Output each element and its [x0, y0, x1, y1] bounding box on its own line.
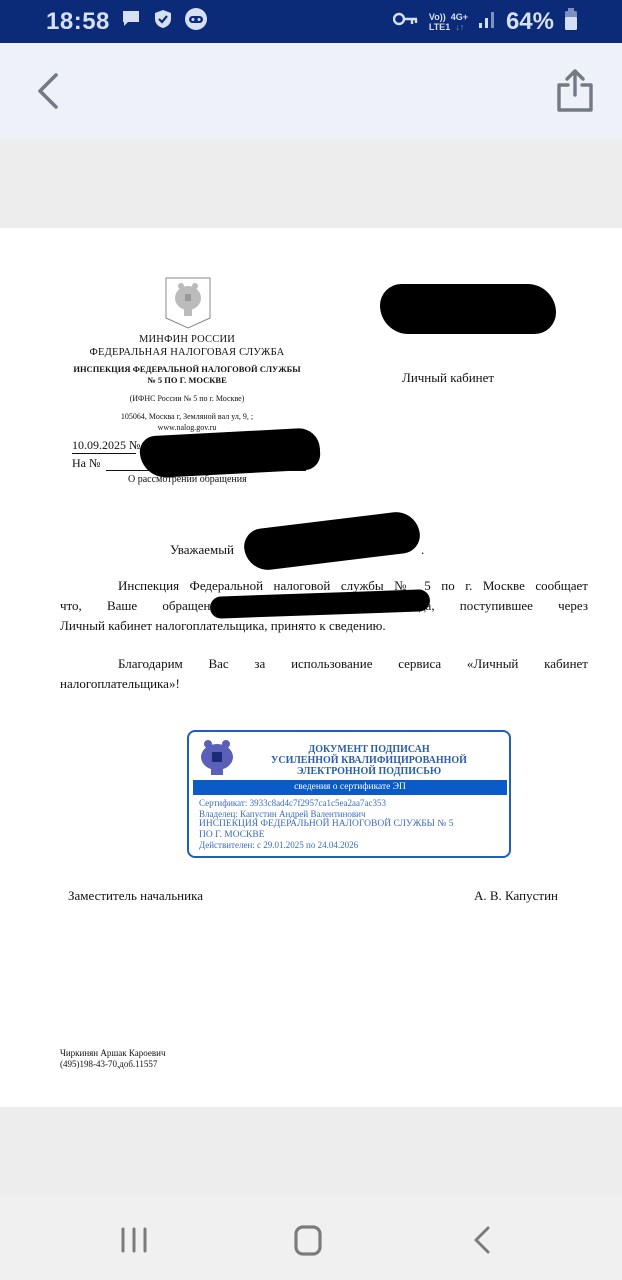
stamp-band: сведения о сертификате ЭП — [193, 780, 507, 795]
back-icon — [462, 1220, 502, 1260]
document-date: 10.09.2025 № — [72, 438, 140, 453]
signal-icon — [478, 10, 496, 33]
viewer-top-margin — [0, 139, 622, 228]
certificate-owner: Владелец: Капустин Андрей Валентинович — [199, 809, 503, 820]
battery-icon — [564, 7, 578, 36]
sender-header: МИНФИН РОССИИ ФЕДЕРАЛЬНАЯ НАЛОГОВАЯ СЛУЖ… — [62, 333, 312, 433]
battery-percent: 64% — [506, 8, 554, 36]
date-underline — [72, 453, 136, 454]
viewer-bottom-margin — [0, 1107, 622, 1196]
certificate-org-line-1: ИНСПЕКЦИЯ ФЕДЕРАЛЬНОЙ НАЛОГОВОЙ СЛУЖБЫ №… — [199, 819, 503, 830]
data-arrows-icon: ↓↑ — [455, 22, 464, 32]
certificate-validity: Действителен: с 29.01.2025 по 24.04.2026 — [199, 840, 503, 851]
paragraph-1-line-3: Личный кабинет налогоплательщика, принят… — [60, 616, 588, 636]
shield-check-icon — [152, 8, 174, 35]
executor-name: Чиркинян Аршак Кароевич — [60, 1048, 166, 1059]
greeting-end: . — [421, 542, 424, 558]
stamp-title-line-2: УСИЛЕННОЙ КВАЛИФИЦИРОВАННОЙ — [237, 755, 501, 766]
chevron-left-icon — [28, 69, 68, 113]
executor-phone: (495)198-43-70,доб.11557 — [60, 1059, 166, 1070]
stamp-emblem-icon — [197, 737, 237, 777]
signatory-name: А. В. Капустин — [474, 888, 558, 904]
vpn-key-icon — [393, 11, 419, 32]
inspection-short-name: (ИФНС России № 5 по г. Москве) — [62, 392, 312, 405]
home-icon — [288, 1220, 328, 1260]
app-bar — [0, 43, 622, 139]
status-time: 18:58 — [46, 8, 110, 36]
executor-info: Чиркинян Аршак Кароевич (495)198-43-70,д… — [60, 1048, 166, 1070]
share-button[interactable] — [550, 67, 600, 115]
document-page: МИНФИН РОССИИ ФЕДЕРАЛЬНАЯ НАЛОГОВАЯ СЛУЖ… — [0, 228, 622, 1107]
status-bar: 18:58 Vo))4G+ LTE1↓↑ 64% — [0, 0, 622, 43]
home-button[interactable] — [288, 1220, 328, 1260]
coat-of-arms-icon — [164, 276, 212, 330]
inspection-line-2: № 5 ПО Г. МОСКВЕ — [62, 375, 312, 386]
paragraph-1-line-2-end: года, поступившее через — [408, 598, 588, 613]
reply-to-label: На № — [72, 456, 100, 471]
certificate-id: Сертификат: 3933c8ad4c7f2957ca1c5ea2aa7a… — [199, 798, 503, 809]
volte-icon: Vo))4G+ LTE1↓↑ — [429, 12, 468, 32]
robot-icon — [184, 7, 208, 36]
lte-label: LTE1 — [429, 22, 450, 32]
volte-label: Vo)) — [429, 12, 446, 22]
back-button[interactable] — [28, 69, 68, 113]
status-left: 18:58 — [46, 7, 208, 36]
paragraph-2-line-1: Благодарим Вас за использование сервиса … — [118, 656, 588, 671]
inspection-line-1: ИНСПЕКЦИЯ ФЕДЕРАЛЬНОЙ НАЛОГОВОЙ СЛУЖБЫ — [62, 364, 312, 375]
address-line: 105064, Москва г, Земляной вал ул, 9, ; — [62, 411, 312, 422]
stamp-title-line-3: ЭЛЕКТРОННОЙ ПОДПИСЬЮ — [237, 766, 501, 777]
service-name: ФЕДЕРАЛЬНАЯ НАЛОГОВАЯ СЛУЖБА — [62, 346, 312, 359]
system-nav-bar — [0, 1196, 622, 1280]
signatory-title: Заместитель начальника — [68, 888, 203, 904]
certificate-details: Сертификат: 3933c8ad4c7f2957ca1c5ea2aa7a… — [199, 798, 503, 851]
stamp-title-line-1: ДОКУМЕНТ ПОДПИСАН — [237, 744, 501, 755]
recents-icon — [114, 1220, 154, 1260]
certificate-org-line-2: ПО Г. МОСКВЕ — [199, 830, 503, 841]
inspection-name: ИНСПЕКЦИЯ ФЕДЕРАЛЬНОЙ НАЛОГОВОЙ СЛУЖБЫ №… — [62, 364, 312, 386]
share-icon — [550, 67, 600, 115]
e-signature-stamp: ДОКУМЕНТ ПОДПИСАН УСИЛЕННОЙ КВАЛИФИЦИРОВ… — [187, 730, 511, 858]
network-type: 4G+ — [451, 12, 468, 22]
greeting: Уважаемый — [170, 542, 234, 558]
recents-button[interactable] — [114, 1220, 154, 1260]
ministry-name: МИНФИН РОССИИ — [62, 333, 312, 346]
paragraph-2-line-2: налогоплательщика»! — [60, 674, 588, 694]
nav-back-button[interactable] — [462, 1220, 502, 1260]
paragraph-1-line-1: Инспекция Федеральной налоговой службы №… — [118, 578, 588, 593]
recipient: Личный кабинет — [402, 370, 494, 386]
redaction-name — [242, 509, 422, 572]
stamp-title: ДОКУМЕНТ ПОДПИСАН УСИЛЕННОЙ КВАЛИФИЦИРОВ… — [237, 744, 501, 777]
paragraph-2: Благодарим Вас за использование сервиса … — [60, 654, 588, 694]
redaction-recipient — [380, 284, 556, 334]
status-right: Vo))4G+ LTE1↓↑ 64% — [393, 7, 578, 36]
message-icon — [120, 8, 142, 35]
